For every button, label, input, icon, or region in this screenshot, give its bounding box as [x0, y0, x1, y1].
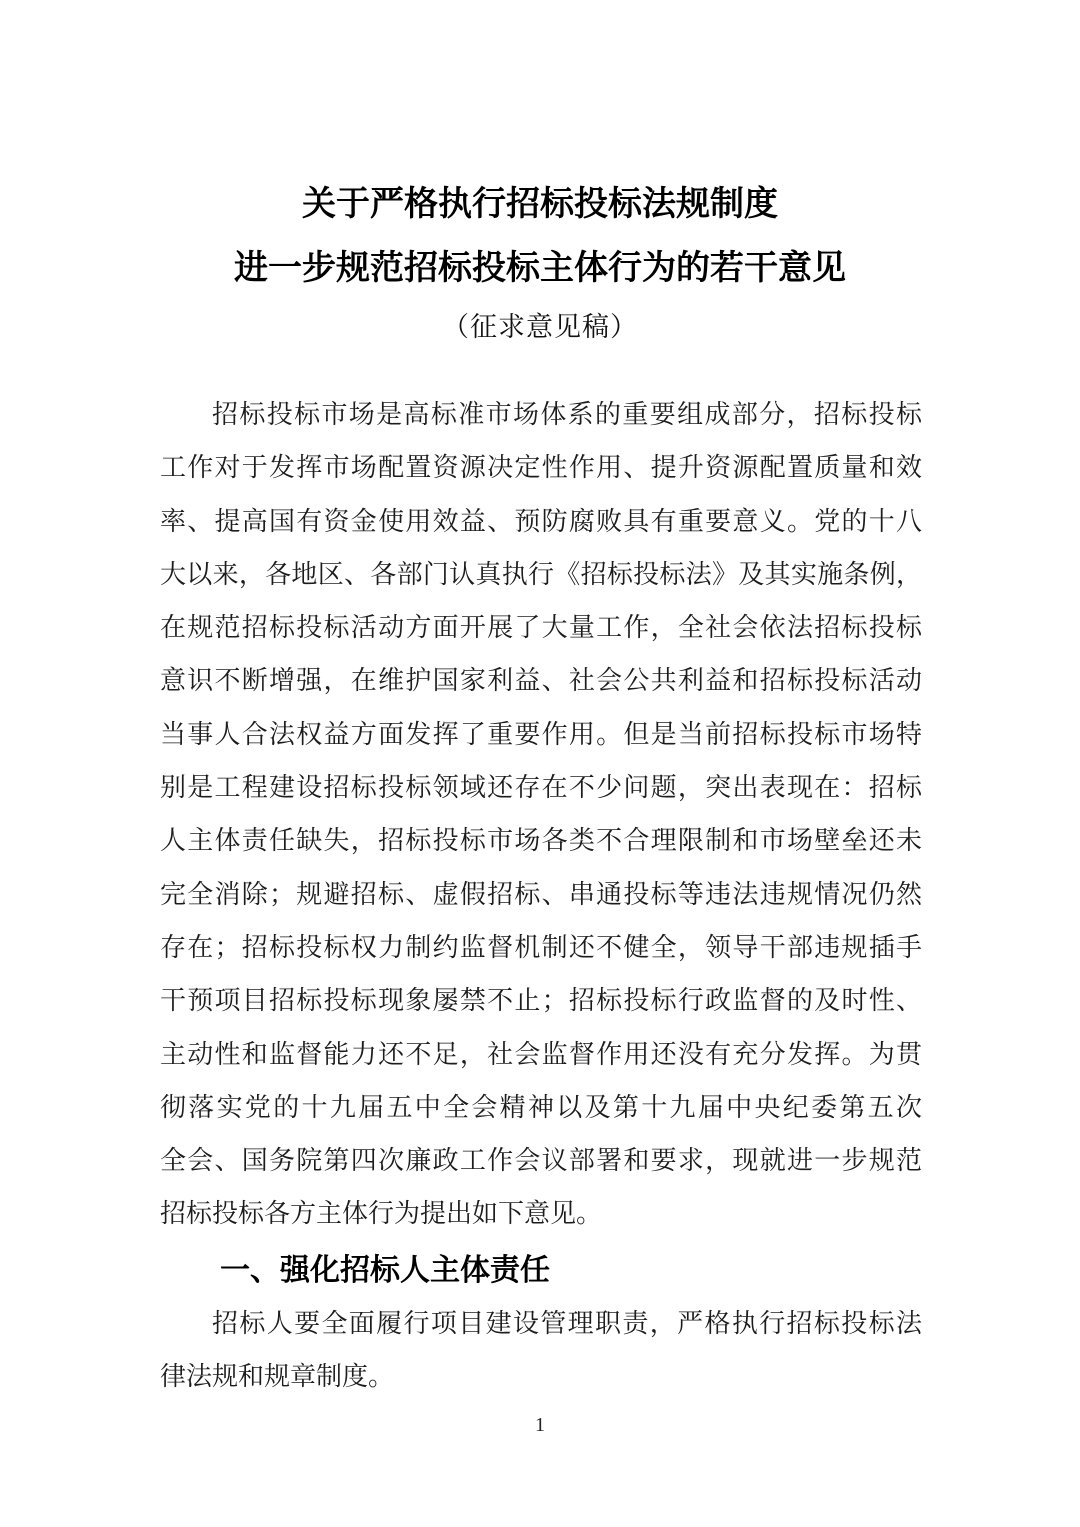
text-line: 干预项目招标投标现象屡禁不止；招标投标行政监督的及时性、 [160, 974, 922, 1027]
section-1-heading: 一、强化招标人主体责任 [160, 1244, 922, 1297]
text-line: 存在；招标投标权力制约监督机制还不健全，领导干部违规插手 [160, 921, 922, 974]
document-title-line-2: 进一步规范招标投标主体行为的若干意见 [0, 247, 1080, 291]
text-line: 工作对于发挥市场配置资源决定性作用、提升资源配置质量和效 [160, 441, 922, 494]
text-line: 在规范招标投标活动方面开展了大量工作，全社会依法招标投标 [160, 601, 922, 654]
text-line: 大以来，各地区、各部门认真执行《招标投标法》及其实施条例， [160, 548, 922, 601]
section-1-paragraph: 招标人要全面履行项目建设管理职责，严格执行招标投标法律法规和规章制度。 [160, 1297, 922, 1404]
intro-paragraph: 招标投标市场是高标准市场体系的重要组成部分，招标投标工作对于发挥市场配置资源决定… [160, 388, 922, 1241]
document-page: 关于严格执行招标投标法规制度 进一步规范招标投标主体行为的若干意见 （征求意见稿… [0, 0, 1080, 1527]
text-line: 完全消除；规避招标、虚假招标、串通投标等违法违规情况仍然 [160, 868, 922, 921]
text-line: 招标投标市场是高标准市场体系的重要组成部分，招标投标 [160, 388, 922, 441]
text-line: 人主体责任缺失，招标投标市场各类不合理限制和市场壁垒还未 [160, 814, 922, 867]
text-line: 招标人要全面履行项目建设管理职责，严格执行招标投标法 [160, 1297, 922, 1350]
document-subtitle: （征求意见稿） [0, 309, 1080, 345]
text-line: 意识不断增强，在维护国家利益、社会公共利益和招标投标活动 [160, 654, 922, 707]
text-line: 彻落实党的十九届五中全会精神以及第十九届中央纪委第五次 [160, 1081, 922, 1134]
text-line: 招标投标各方主体行为提出如下意见。 [160, 1187, 922, 1240]
text-line: 主动性和监督能力还不足，社会监督作用还没有充分发挥。为贯 [160, 1028, 922, 1081]
text-line: 率、提高国有资金使用效益、预防腐败具有重要意义。党的十八 [160, 495, 922, 548]
document-title-line-1: 关于严格执行招标投标法规制度 [0, 183, 1080, 227]
text-line: 别是工程建设招标投标领域还存在不少问题，突出表现在：招标 [160, 761, 922, 814]
text-line: 当事人合法权益方面发挥了重要作用。但是当前招标投标市场特 [160, 708, 922, 761]
text-line: 全会、国务院第四次廉政工作会议部署和要求，现就进一步规范 [160, 1134, 922, 1187]
page-number: 1 [0, 1410, 1080, 1440]
text-line: 律法规和规章制度。 [160, 1350, 922, 1403]
